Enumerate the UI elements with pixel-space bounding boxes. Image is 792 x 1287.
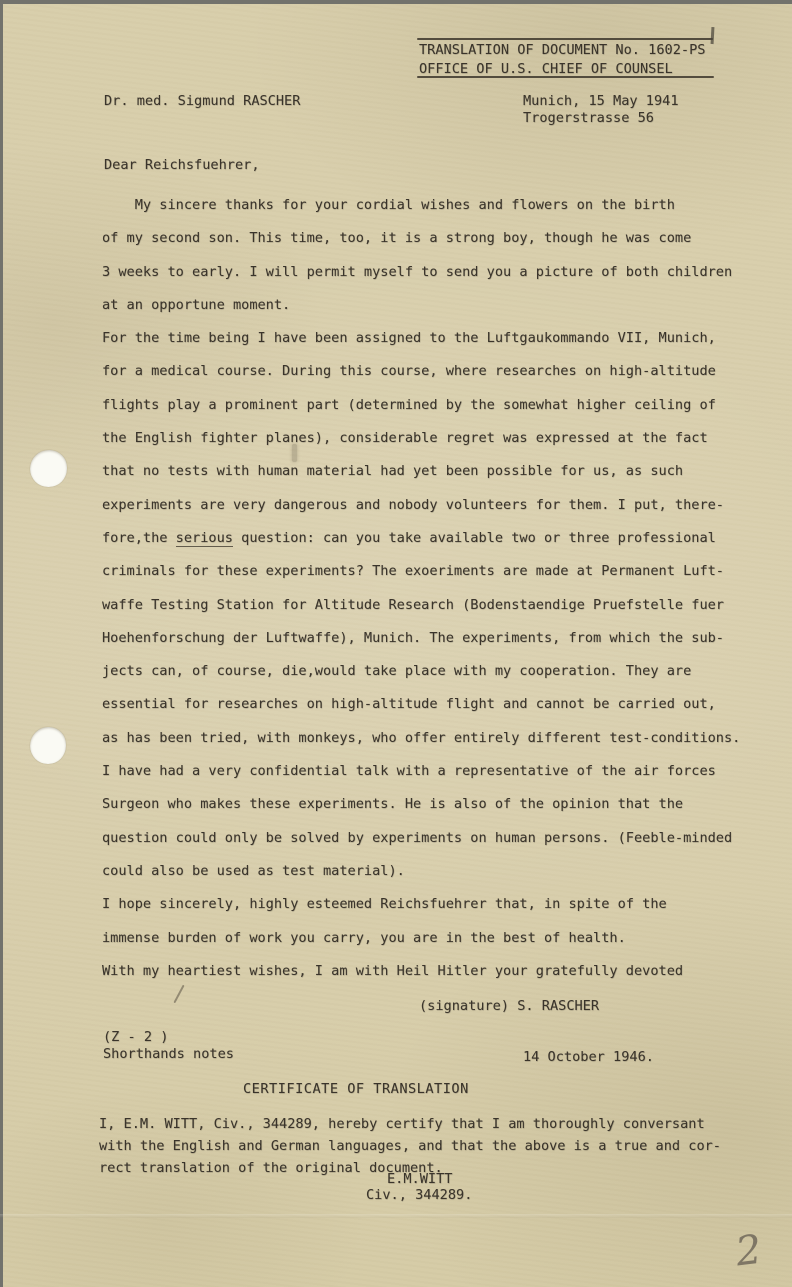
text-line: question could only be solved by experim… — [102, 822, 740, 855]
text-line: waffe Testing Station for Altitude Resea… — [102, 589, 740, 622]
punch-hole-bottom — [30, 727, 66, 764]
text-line: of my second son. This time, too, it is … — [102, 222, 740, 255]
text-line: I, E.M. WITT, Civ., 344289, hereby certi… — [99, 1113, 721, 1135]
sender-street: Trogerstrasse 56 — [523, 110, 654, 126]
certificate-title: CERTIFICATE OF TRANSLATION — [243, 1081, 469, 1097]
text-line: I have had a very confidential talk with… — [102, 755, 740, 788]
translator-name: E.M.WITT — [387, 1171, 452, 1187]
shorthand-z-note: (Z - 2 ) — [103, 1029, 168, 1045]
salutation: Dear Reichsfuehrer, — [104, 157, 260, 173]
text-line: fore,the serious question: can you take … — [102, 522, 740, 555]
header-doc-number: TRANSLATION OF DOCUMENT No. 1602-PS — [419, 42, 705, 58]
sender-name: Dr. med. Sigmund RASCHER — [104, 93, 300, 109]
certificate-body: I, E.M. WITT, Civ., 344289, hereby certi… — [99, 1113, 721, 1180]
translator-id: Civ., 344289. — [366, 1187, 472, 1203]
handwritten-page-number: 2 — [733, 1227, 764, 1276]
text-line: as has been tried, with monkeys, who off… — [102, 722, 740, 755]
text-line: with the English and German languages, a… — [99, 1135, 721, 1157]
scanned-document-page: TRANSLATION OF DOCUMENT No. 1602-PS OFFI… — [0, 0, 792, 1287]
text-line: For the time being I have been assigned … — [102, 322, 740, 355]
text-line: flights play a prominent part (determine… — [102, 389, 740, 422]
place-date: Munich, 15 May 1941 — [523, 93, 679, 109]
ink-smudge — [292, 444, 297, 462]
text-line: immense burden of work you carry, you ar… — [102, 922, 740, 955]
signature-line: (signature) S. RASCHER — [419, 998, 599, 1014]
punch-hole-top — [30, 450, 67, 487]
text-line: the English fighter planes), considerabl… — [102, 422, 740, 455]
text-line: could also be used as test material). — [102, 855, 740, 888]
text-line: essential for researches on high-altitud… — [102, 688, 740, 721]
text-line: My sincere thanks for your cordial wishe… — [102, 189, 740, 222]
paper-crease — [0, 1214, 792, 1218]
text-line: criminals for these experiments? The exo… — [102, 555, 740, 588]
text-line: Surgeon who makes these experiments. He … — [102, 788, 740, 821]
text-line: I hope sincerely, highly esteemed Reichs… — [102, 888, 740, 921]
text-line: Hoehenforschung der Luftwaffe), Munich. … — [102, 622, 740, 655]
text-line: experiments are very dangerous and nobod… — [102, 489, 740, 522]
certification-date: 14 October 1946. — [523, 1049, 654, 1065]
header-office-line: OFFICE OF U.S. CHIEF OF COUNSEL — [419, 61, 673, 77]
text-line: jects can, of course, die,would take pla… — [102, 655, 740, 688]
shorthand-note: Shorthands notes — [103, 1046, 234, 1062]
letter-body: My sincere thanks for your cordial wishe… — [102, 189, 740, 988]
text-line: that no tests with human material had ye… — [102, 455, 740, 488]
text-line: for a medical course. During this course… — [102, 355, 740, 388]
text-line: 3 weeks to early. I will permit myself t… — [102, 256, 740, 289]
text-line: With my heartiest wishes, I am with Heil… — [102, 955, 740, 988]
text-line: at an opportune moment. — [102, 289, 740, 322]
